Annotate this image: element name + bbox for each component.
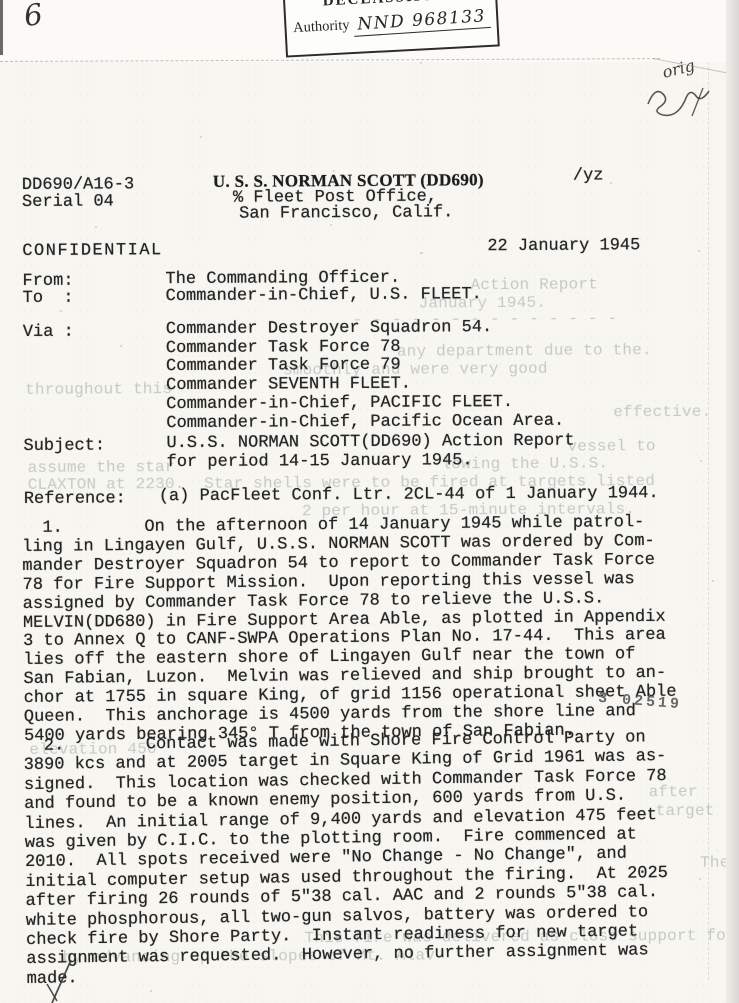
bleedthrough-line: effective. xyxy=(613,403,711,422)
scan-speck xyxy=(95,226,97,228)
scan-speck xyxy=(333,170,335,172)
handwritten-page-number: 6 xyxy=(22,0,45,33)
date-line: 22 January 1945 xyxy=(487,236,640,256)
bleedthrough-line: assume the star xyxy=(28,458,175,477)
subject-line-2: for period 14-15 January 1945. xyxy=(167,451,473,472)
via-list-item: Commander Destroyer Squadron 54. xyxy=(166,319,564,340)
scan-speck xyxy=(60,310,62,312)
to-label: To : xyxy=(23,289,74,308)
via-list: Commander Destroyer Squadron 54.Commande… xyxy=(166,319,565,434)
scan-speck xyxy=(150,990,152,992)
handwritten-check-mark xyxy=(38,951,86,1003)
bleedthrough-line: vessel to xyxy=(567,437,655,456)
subject-label: Subject: xyxy=(23,436,105,455)
scan-speck xyxy=(330,224,332,226)
scan-speck xyxy=(120,345,122,347)
reference-value: (a) PacFleet Conf. Ltr. 2CL-44 of 1 Janu… xyxy=(159,484,659,506)
fold-line xyxy=(708,62,709,980)
via-list-item: Commander-in-Chief, Pacific Ocean Area. xyxy=(166,412,564,433)
to-value: Commander-in-Chief, U.S. FLEET. xyxy=(166,285,482,306)
subject-line-1: U.S.S. NORMAN SCOTT(DD690) Action Report xyxy=(166,432,574,453)
bleedthrough-line: throughout this xyxy=(25,380,172,399)
paragraph-2: 2. Contact was made with Shore Fire Cont… xyxy=(23,728,669,989)
bleedthrough-line: Action Report xyxy=(470,275,598,294)
classification-marking: CONFIDENTIAL xyxy=(22,241,163,261)
scan-speck xyxy=(700,460,702,462)
handwritten-orig-annotation: orig xyxy=(636,52,731,122)
scan-speck xyxy=(420,62,422,64)
paragraph-1: 1. On the afternoon of 14 January 1945 w… xyxy=(22,514,677,747)
serial-number: Serial 04 xyxy=(22,192,114,212)
check-stroke-short xyxy=(47,984,57,1001)
city-line: San Francisco, Calif. xyxy=(239,203,453,223)
scanned-document-page: Action ReportJanuary 1945.- - - - - - - … xyxy=(0,0,739,1003)
authority-value-handwritten: NND 968133 xyxy=(352,6,490,37)
via-label: Via : xyxy=(23,323,74,342)
scan-speck xyxy=(699,878,701,880)
scan-speck xyxy=(610,182,612,184)
scribble-slash xyxy=(692,88,703,116)
scan-edge-shadow xyxy=(726,0,739,1003)
scan-speck xyxy=(420,252,423,254)
scan-speck xyxy=(698,250,700,252)
scan-speck xyxy=(40,700,42,702)
scan-speck xyxy=(712,580,714,582)
reference-label: Reference: xyxy=(24,489,126,509)
typist-initials: /yz xyxy=(573,166,604,185)
scan-speck xyxy=(200,136,202,138)
orig-note-text: orig xyxy=(660,56,696,82)
declassified-stamp-authority: Authority NND 968133 xyxy=(286,7,497,40)
letter-body: Action ReportJanuary 1945.- - - - - - - … xyxy=(0,0,739,1003)
authority-label: Authority xyxy=(293,17,350,36)
